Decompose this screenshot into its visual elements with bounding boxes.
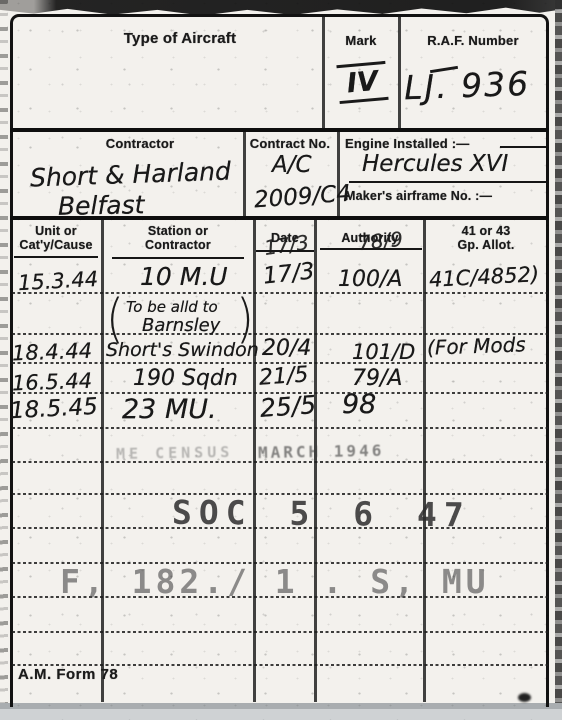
note-line2: Barnsley [142, 315, 220, 336]
row2-station: Short's Swindon [106, 339, 259, 361]
date-scribble-strike-line [256, 250, 314, 252]
contractor-value-line2: Belfast [58, 190, 145, 221]
row4-authority: 98 [342, 389, 376, 420]
col-station-header-line2: Contractor [145, 238, 211, 252]
col-unit-header: Unit or Cat'y/Cause [12, 224, 100, 252]
contract-no-label: Contract No. [244, 136, 336, 151]
mark-cell-left-line [322, 17, 325, 128]
row-rule-11 [12, 631, 548, 633]
row4-date: 25/5 [259, 390, 317, 423]
col-station-header: Station or Contractor [103, 224, 253, 252]
row3-unit-date: 16.5.44 [12, 369, 93, 396]
row1-date: 17/3 [262, 258, 316, 289]
col-unit-header-line1: Unit or [35, 224, 77, 238]
row2-unit-date: 18.4.44 [12, 339, 93, 366]
col-allot-header-line2: Gp. Allot. [457, 238, 514, 252]
row-rule-1 [12, 292, 548, 294]
row1-station: 10 M.U [140, 262, 228, 291]
row3-date: 21/5 [258, 362, 309, 390]
f-182-smu-stamp: F, 182./ 1 . S, MU [60, 562, 490, 601]
col-unit-header-underline [14, 256, 98, 258]
contractor-label: Contractor [60, 136, 220, 151]
mark-value: IV [336, 61, 388, 104]
section1-divider [10, 128, 549, 132]
makers-airframe-label: Maker's airframe No. :— [345, 189, 492, 203]
col-station-header-underline [112, 257, 244, 259]
note-line1: To be alld to [126, 298, 218, 316]
engine-value: Hercules XVI [362, 151, 508, 177]
right-scan-edge [555, 0, 562, 720]
row-rule-5 [12, 427, 548, 429]
row2-date: 20/4 [262, 336, 311, 361]
left-scan-edge [0, 0, 8, 720]
row2-authority: 101/D [352, 340, 415, 364]
bottom-scan-band-light [0, 709, 562, 720]
engine-installed-label: Engine Installed :— [345, 136, 469, 151]
scanned-form-am78: Type of Aircraft Mark R.A.F. Number IV L… [0, 0, 562, 720]
row3-authority: 79/A [352, 366, 402, 391]
raf-number-label: R.A.F. Number [400, 33, 546, 48]
engine-value-underline [349, 181, 546, 183]
col-allot-header-line1: 41 or 43 [462, 224, 511, 238]
census-stamp-right: MARCH 1946 [258, 441, 385, 462]
type-of-aircraft-label: Type of Aircraft [90, 30, 270, 47]
row1-authority: 100/A [338, 267, 402, 292]
authority-header-scribble: 78/9 [357, 227, 404, 256]
engine-label-trailing-line [500, 146, 546, 148]
mark-label: Mark [326, 33, 396, 48]
row4-station: 23 MU. [122, 394, 217, 425]
authority-scribble-strike-line [320, 248, 422, 250]
row2-allot: (For Mods [427, 332, 527, 359]
col-allot-header: 41 or 43 Gp. Allot. [425, 224, 547, 252]
row4-unit-date: 18.5.45 [9, 394, 98, 425]
raf-number-value: LJ. 936 [403, 64, 530, 107]
col-station-header-line1: Station or [148, 224, 208, 238]
col-unit-header-line2: Cat'y/Cause [19, 238, 92, 252]
contract-no-value-line1: A/C [272, 152, 312, 178]
soc-stamp: SOC 5 6 47 [172, 493, 471, 535]
row3-station: 190 Sqdn [133, 366, 238, 391]
form-number-label: A.M. Form 78 [18, 666, 118, 683]
census-stamp-left: ME CENSUS [116, 443, 234, 463]
row1-unit-date: 15.3.44 [17, 267, 98, 295]
